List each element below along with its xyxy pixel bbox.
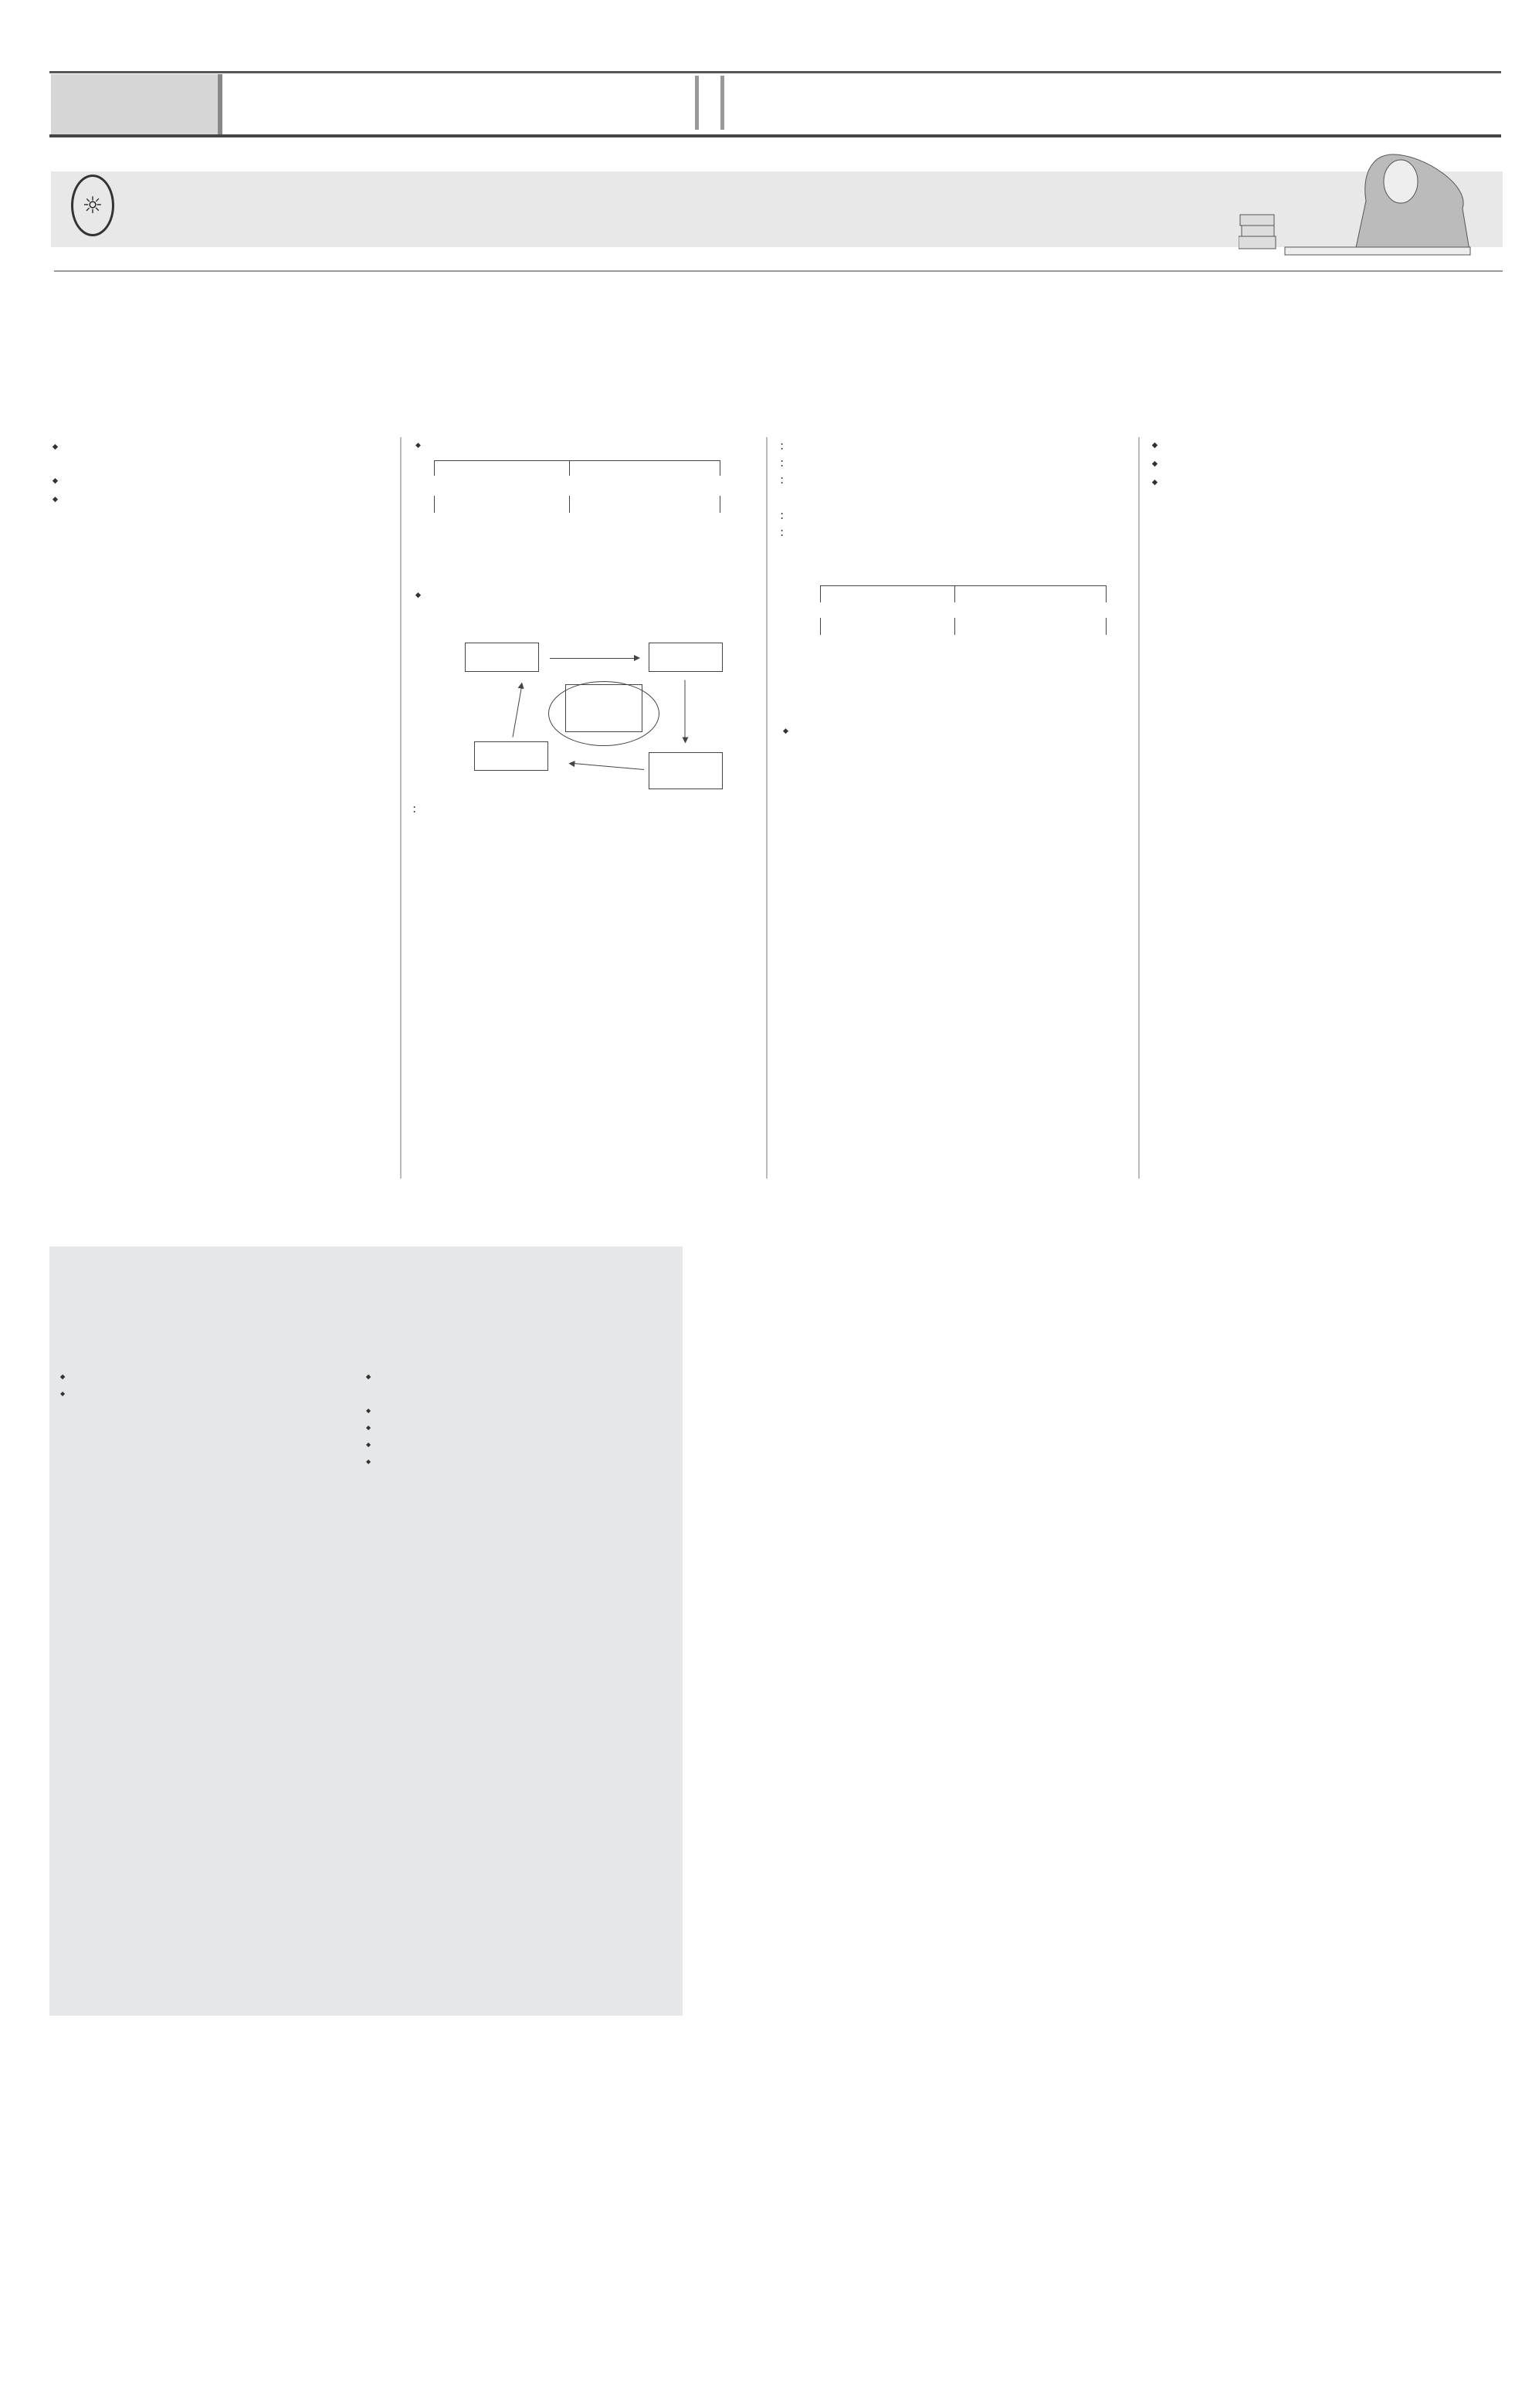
restructuring-col-b xyxy=(361,1368,670,1453)
definition-item: : xyxy=(780,471,1126,488)
column-1 xyxy=(49,437,380,491)
definition-item: : xyxy=(412,800,752,817)
newspaper-logo xyxy=(51,74,222,134)
banner-divider xyxy=(54,270,1503,272)
npm-evolution-diagram xyxy=(780,559,1126,706)
definition-item: : xyxy=(780,454,1126,471)
box-administrators xyxy=(474,741,548,771)
definition-item: : xyxy=(780,524,1126,541)
nepal-emblem-icon: ☼ xyxy=(71,175,114,236)
masthead-top-rule xyxy=(49,71,1501,73)
definition-item: : xyxy=(780,437,1126,454)
column-4 xyxy=(1149,437,1498,474)
bullet-list xyxy=(361,1402,670,1453)
column-2: : xyxy=(412,437,752,817)
definition-item: : xyxy=(780,507,1126,524)
column-divider xyxy=(766,437,768,1179)
masthead-bottom-rule xyxy=(49,134,1501,137)
restructuring-box xyxy=(49,1246,683,2016)
reform-tree-diagram xyxy=(412,437,752,568)
reform-cycle-diagram xyxy=(412,621,752,799)
box-politicians xyxy=(465,643,539,672)
core-team-box xyxy=(565,684,642,732)
column-divider xyxy=(1138,437,1140,1179)
student-writing-icon xyxy=(1239,147,1478,270)
box-clients xyxy=(649,643,723,672)
column-3: : : : : : xyxy=(780,437,1126,723)
box-intellectuals xyxy=(649,752,723,789)
column-divider xyxy=(400,437,402,1179)
section-name xyxy=(695,76,724,130)
restructuring-col-a xyxy=(56,1368,364,1385)
